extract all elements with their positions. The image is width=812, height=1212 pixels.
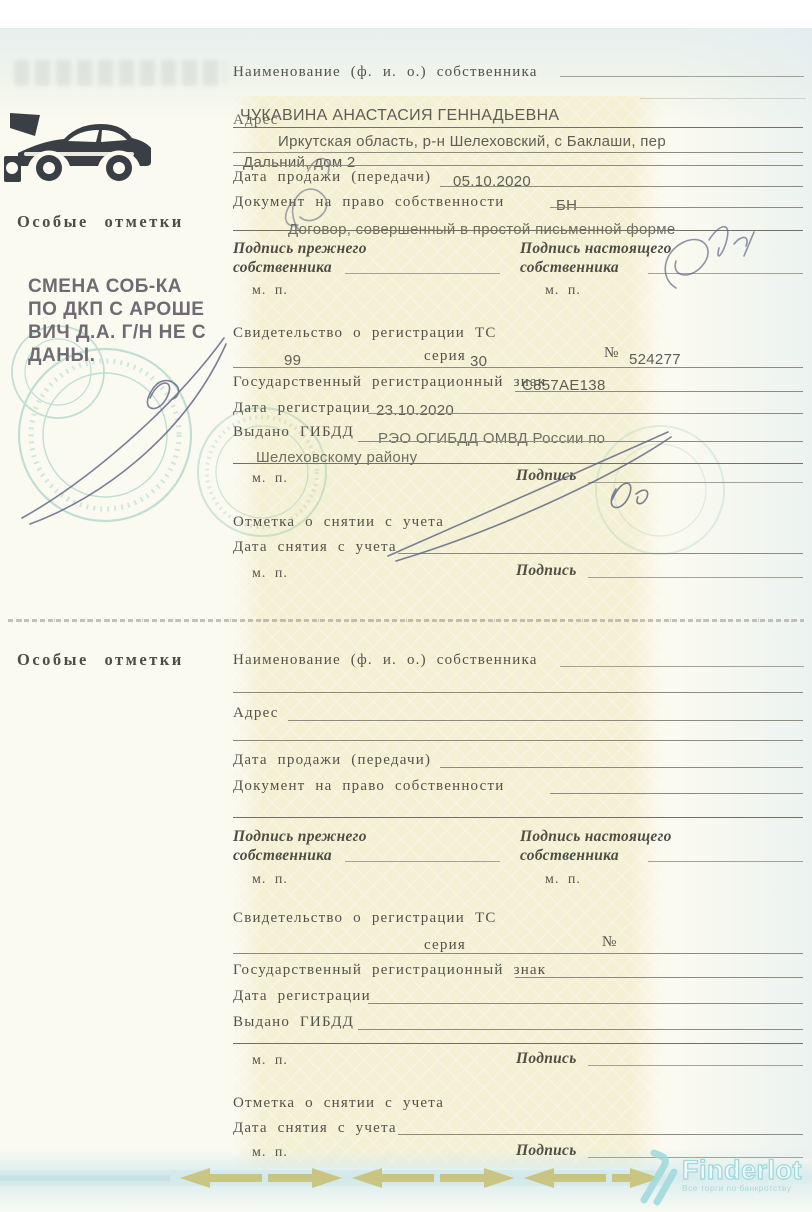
sts-heading: Свидетельство о регистрации ТС: [233, 325, 497, 342]
new-owner-signature-label: Подпись настоящего: [520, 240, 672, 258]
special-note-line: ВИЧ Д.А. Г/Н НЕ С: [28, 322, 206, 344]
special-note-line: СМЕНА СОБ-КА: [28, 276, 182, 298]
showthrough-ghost-text: [14, 60, 226, 86]
sts-heading: Свидетельство о регистрации ТС: [233, 910, 497, 927]
signature-label: Подпись: [516, 1142, 577, 1160]
stamp-place-label: м. п.: [252, 283, 288, 299]
form-line: [233, 230, 803, 231]
address-label: Адрес: [233, 705, 279, 722]
prev-owner-signature-label2: собственника: [233, 847, 332, 865]
form-line: [233, 1043, 803, 1044]
form-line: [588, 482, 803, 483]
reg-date-value: 23.10.2020: [376, 402, 454, 419]
sale-date-label: Дата продажи (передачи): [233, 752, 431, 769]
new-owner-signature-label: Подпись настоящего: [520, 828, 672, 846]
form-line: [288, 720, 803, 721]
form-line: [233, 165, 803, 166]
reg-plate-label: Государственный регистрационный знак: [233, 374, 546, 391]
form-line: [588, 577, 803, 578]
owner-name-value: ЧУКАВИНА АНАСТАСИЯ ГЕННАДЬЕВНА: [240, 107, 559, 125]
right-tint: [672, 28, 812, 1158]
prev-owner-signature-label: Подпись прежнего: [233, 240, 367, 258]
reg-date-label: Дата регистрации: [233, 400, 371, 417]
issued-by-value-line1: РЭО ОГИБДД ОМВД России по: [378, 430, 605, 447]
guilloche-band: [0, 1164, 665, 1194]
owner-name-label: Наименование (ф. и. о.) собственника: [233, 64, 538, 81]
microtext-divider: [8, 619, 804, 622]
sale-date-value: 05.10.2020: [453, 173, 531, 190]
stamp-place-label: м. п.: [545, 283, 581, 299]
form-line: [345, 273, 500, 274]
form-line: [550, 207, 803, 208]
car-icon: [4, 110, 156, 198]
form-line: [368, 1003, 803, 1004]
form-line: [233, 463, 803, 464]
deregistration-heading: Отметка о снятии с учета: [233, 1095, 444, 1112]
finderlot-logo-icon: [636, 1144, 678, 1206]
finderlot-brand-text: Finderlot: [682, 1157, 802, 1183]
form-line: [398, 1134, 803, 1135]
sale-date-label: Дата продажи (передачи): [233, 169, 431, 186]
sts-number-label: №: [604, 345, 620, 362]
issued-by-label: Выдано ГИБДД: [233, 424, 354, 441]
owner-name-label: Наименование (ф. и. о.) собственника: [233, 652, 538, 669]
form-line: [233, 152, 803, 153]
prev-owner-signature-label2: собственника: [233, 259, 332, 277]
form-line: [233, 367, 803, 368]
deregistration-heading: Отметка о снятии с учета: [233, 514, 444, 531]
form-line: [648, 861, 803, 862]
ownership-doc-value: БН: [556, 197, 577, 214]
ownership-doc-label: Документ на право собственности: [233, 778, 504, 795]
finderlot-watermark: Finderlot Все торги по банкротству: [636, 1140, 812, 1210]
form-line: [440, 186, 803, 187]
sts-series-label: серия: [424, 348, 466, 365]
form-line: [345, 861, 500, 862]
signature-label: Подпись: [516, 1050, 577, 1068]
stamp-place-label: м. п.: [545, 872, 581, 888]
form-line: [358, 441, 803, 442]
prev-owner-signature-label: Подпись прежнего: [233, 828, 367, 846]
reg-date-label: Дата регистрации: [233, 988, 371, 1005]
form-line: [515, 977, 803, 978]
sts-series-label: серия: [424, 937, 466, 954]
form-line: [550, 793, 803, 794]
form-line: [233, 953, 803, 954]
sts-number-label: №: [602, 934, 618, 951]
stamp-place-label: м. п.: [252, 1053, 288, 1069]
new-owner-signature-label2: собственника: [520, 847, 619, 865]
special-note-line: ПО ДКП С АРОШЕ: [28, 299, 204, 321]
form-line: [440, 767, 803, 768]
form-line: [233, 740, 803, 741]
dereg-date-label: Дата снятия с учета: [233, 1120, 397, 1137]
stamp-place-label: м. п.: [252, 1145, 288, 1161]
form-line: [648, 273, 803, 274]
form-line: [588, 1065, 803, 1066]
finderlot-tagline: Все торги по банкротству: [682, 1183, 802, 1193]
form-line: [560, 76, 804, 77]
reg-plate-label: Государственный регистрационный знак: [233, 962, 546, 979]
ghost-line: [640, 98, 806, 99]
form-line: [233, 127, 803, 128]
special-marks-heading: Особые отметки: [17, 650, 184, 670]
form-line: [515, 391, 803, 392]
stamp-place-label: м. п.: [252, 566, 288, 582]
special-marks-heading: Особые отметки: [17, 212, 184, 232]
address-value-line1: Иркутская область, р-н Шелеховский, с Ба…: [278, 133, 666, 150]
issued-by-label: Выдано ГИБДД: [233, 1014, 354, 1031]
dereg-date-label: Дата снятия с учета: [233, 539, 397, 556]
signature-label: Подпись: [516, 562, 577, 580]
stamp-place-label: м. п.: [252, 872, 288, 888]
form-line: [233, 817, 803, 818]
signature-label: Подпись: [516, 467, 577, 485]
stamp-place-label: м. п.: [252, 471, 288, 487]
form-line: [358, 1029, 803, 1030]
ownership-doc-label: Документ на право собственности: [233, 194, 504, 211]
special-note-line: ДАНЫ.: [28, 345, 95, 367]
form-line: [560, 666, 804, 667]
form-line: [368, 413, 803, 414]
document-page: Особые отметки СМЕНА СОБ-КА ПО ДКП С АРО…: [0, 0, 812, 1212]
sts-number-value: 524277: [629, 351, 681, 368]
form-line: [233, 692, 803, 693]
form-line: [398, 553, 803, 554]
new-owner-signature-label2: собственника: [520, 259, 619, 277]
